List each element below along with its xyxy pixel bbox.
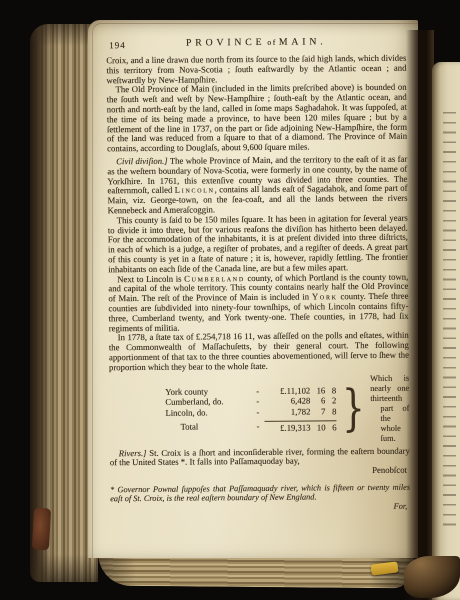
table-row: Lincoln, do.-1,78278	[165, 406, 336, 418]
paragraph-lincoln-county: This county is ſaid to be 150 miles ſqua…	[108, 213, 409, 274]
paragraph-boundaries: Croix, and a line drawn due north from i…	[106, 54, 406, 86]
running-header: 194 PROVINCEofMAIN.	[106, 37, 406, 52]
title-word-main: MAIN.	[279, 36, 327, 47]
gutter-shadow	[406, 30, 434, 600]
facing-page-edge	[432, 62, 460, 600]
binding-leather-patch	[32, 508, 51, 551]
table-annotation: Which is nearly one thirteenth part of t…	[370, 373, 410, 443]
page-content: 194 PROVINCEofMAIN. Croix, and a line dr…	[88, 20, 418, 558]
county-name-york: York	[312, 291, 338, 301]
paragraph-cumberland-york: Next to Lincoln is Cumberland county, of…	[108, 272, 409, 333]
paragraph-old-province: The Old Province of Main (included in th…	[107, 83, 408, 154]
brace-glyph: }	[342, 386, 365, 431]
paragraph-state-tax: In 1778, a ſtate tax of £.254,718 16 11,…	[109, 331, 409, 373]
county-name-lincoln: Lincoln	[175, 185, 215, 195]
title-word-province: PROVINCE	[186, 37, 265, 49]
table-total-row: Total-£.19,313106	[165, 420, 336, 434]
page-number: 194	[109, 41, 126, 51]
tax-table-rows: York county-£.11,102168 Cumberland, do.-…	[165, 385, 336, 434]
section-lead-rivers: Rivers.]	[119, 447, 147, 457]
tax-apportionment-table: York county-£.11,102168 Cumberland, do.-…	[165, 373, 410, 445]
paragraph-civil-division: Civil diviſion.] The whole Province of M…	[107, 155, 408, 216]
book-page: 194 PROVINCEofMAIN. Croix, and a line dr…	[88, 20, 418, 558]
title-word-of: of	[267, 38, 277, 47]
paragraph-rivers: Rivers.] St. Croix is a ſhort and inconſ…	[110, 446, 410, 468]
footnote-text: * Governor Pownal ſuppoſes that Paſſamaq…	[110, 483, 410, 505]
footnote: * Governor Pownal ſuppoſes that Paſſamaq…	[110, 483, 410, 514]
book-photo: 194 PROVINCEofMAIN. Croix, and a line dr…	[0, 0, 460, 600]
facing-page-text-fragments	[443, 112, 456, 530]
running-title: PROVINCEofMAIN.	[186, 36, 327, 47]
